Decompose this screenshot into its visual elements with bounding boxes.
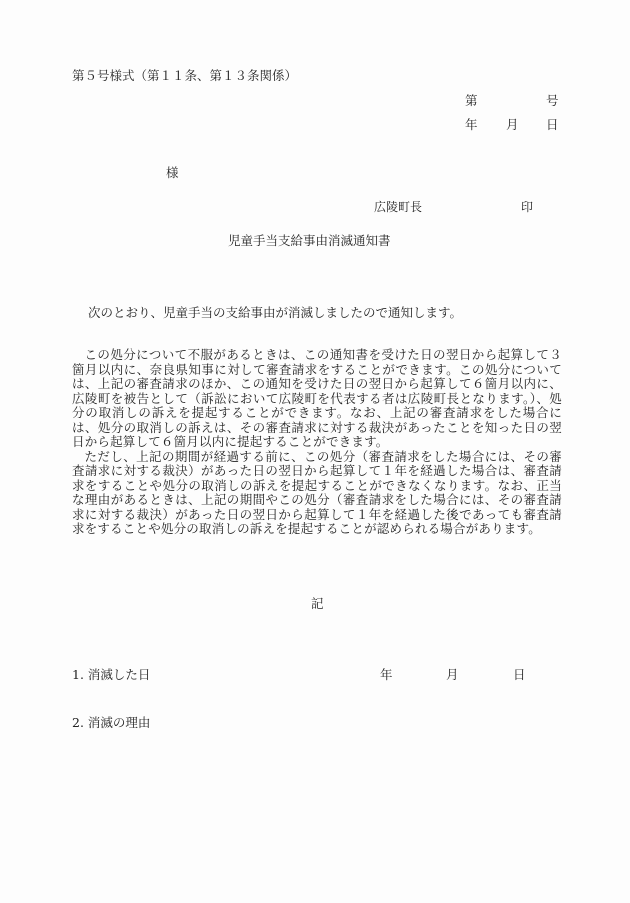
item-extinction-reason-label: 2. 消滅の理由 [72, 716, 150, 730]
notice-paragraph: この処分について不服があるときは、この通知書を受けた日の翌日から起算して３箇月以… [72, 348, 562, 450]
document-title: 児童手当支給事由消滅通知書 [228, 234, 391, 248]
issuer-title: 広陵町長 [374, 200, 422, 214]
issuer-seal: 印 [521, 200, 533, 214]
recipient-honorific: 様 [166, 166, 179, 180]
ki-heading: 記 [311, 597, 324, 611]
item-extinction-date-label: 1. 消滅した日 [72, 668, 150, 682]
intro-text: 次のとおり、児童手当の支給事由が消滅しましたので通知します。 [88, 306, 462, 320]
date-day: 日 [546, 118, 559, 132]
notice-body: この処分について不服があるときは、この通知書を受けた日の翌日から起算して３箇月以… [72, 348, 562, 537]
item-extinction-year: 年 [380, 668, 393, 682]
item-extinction-month: 月 [446, 668, 459, 682]
date-month: 月 [506, 118, 519, 132]
form-label: 第５号様式（第１１条、第１３条関係） [72, 69, 297, 83]
date-year: 年 [465, 118, 478, 132]
number-suffix: 号 [546, 94, 559, 108]
notice-paragraph: ただし、上記の期間が経過する前に、この処分（審査請求をした場合には、その審査請求… [72, 450, 562, 537]
item-extinction-day: 日 [513, 668, 526, 682]
number-prefix: 第 [465, 94, 478, 108]
